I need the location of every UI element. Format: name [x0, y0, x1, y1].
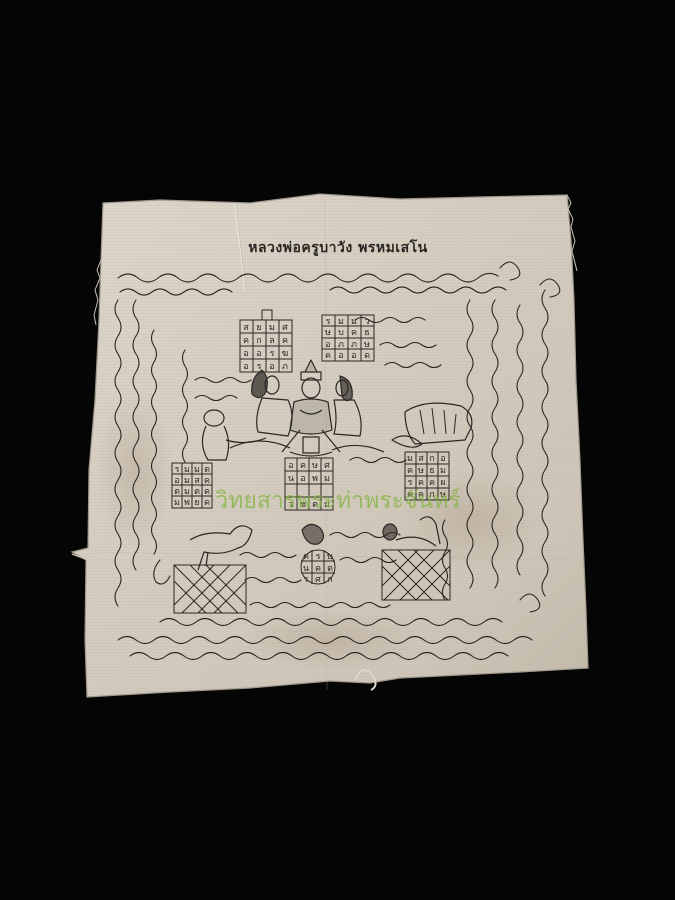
svg-text:ม: ม [184, 487, 190, 497]
svg-text:อ: อ [243, 349, 248, 359]
svg-text:บ: บ [338, 328, 344, 338]
svg-text:ม: ม [269, 323, 275, 333]
svg-text:ม: ม [184, 465, 190, 475]
svg-text:ศ: ศ [324, 461, 330, 471]
svg-text:ร: ร [270, 349, 275, 359]
svg-text:ภ: ภ [351, 340, 357, 350]
svg-text:พ: พ [184, 498, 190, 508]
svg-text:ร: ร [326, 317, 331, 327]
svg-text:อ: อ [243, 362, 248, 372]
svg-text:อ: อ [300, 474, 305, 484]
svg-text:ค: ค [351, 328, 357, 338]
svg-text:ม: ม [324, 474, 330, 484]
svg-text:ธ: ธ [429, 466, 435, 476]
svg-text:น: น [303, 564, 309, 574]
svg-text:ศ: ศ [282, 323, 288, 333]
svg-text:อ: อ [338, 351, 343, 361]
svg-text:ร: ร [316, 552, 321, 562]
cloth [72, 194, 588, 697]
svg-text:ค: ค [204, 498, 210, 508]
svg-text:ษ: ษ [418, 466, 424, 476]
svg-text:ว: ว [364, 317, 369, 327]
svg-text:ฆ: ฆ [282, 349, 289, 359]
svg-text:ส: ส [194, 476, 200, 486]
svg-text:ม: ม [351, 317, 357, 327]
svg-text:ร: ร [175, 465, 180, 475]
svg-text:ษ: ษ [312, 461, 318, 471]
svg-text:อ: อ [325, 340, 330, 350]
svg-text:ค: ค [303, 552, 309, 562]
svg-text:ส: ส [418, 454, 424, 464]
svg-text:ษ: ษ [327, 552, 333, 562]
svg-text:ต: ต [327, 564, 333, 574]
svg-text:ผ: ผ [440, 478, 445, 488]
svg-text:ม: ม [338, 317, 344, 327]
svg-text:พ: พ [312, 474, 318, 484]
svg-text:ม: ม [184, 476, 190, 486]
svg-text:ค: ค [243, 336, 249, 346]
svg-text:ษ: ษ [364, 340, 370, 350]
svg-text:อ: อ [174, 476, 179, 486]
svg-text:ก: ก [256, 336, 261, 346]
svg-text:ร: ร [304, 575, 309, 585]
svg-text:ม: ม [407, 454, 413, 464]
svg-text:ร: ร [408, 478, 413, 488]
svg-text:ค: ค [325, 351, 331, 361]
svg-text:ต: ต [174, 487, 180, 497]
svg-text:ภ: ภ [282, 362, 288, 372]
svg-text:ภ: ภ [338, 340, 344, 350]
svg-text:ค: ค [315, 564, 321, 574]
svg-text:อ: อ [256, 349, 261, 359]
svg-text:ค: ค [300, 461, 306, 471]
svg-text:ธ: ธ [364, 328, 370, 338]
svg-text:ม: ม [194, 465, 200, 475]
svg-text:ล: ล [269, 336, 275, 346]
svg-text:ศ: ศ [315, 575, 321, 585]
svg-text:ส: ส [243, 323, 249, 333]
svg-text:อ: อ [351, 351, 356, 361]
svg-text:ค: ค [407, 466, 413, 476]
svg-text:ต: ต [204, 465, 210, 475]
svg-text:ษ: ษ [325, 328, 331, 338]
svg-text:อ: อ [269, 362, 274, 372]
svg-text:ค: ค [204, 476, 210, 486]
svg-text:ค: ค [429, 478, 435, 488]
svg-text:ต: ต [194, 487, 200, 497]
svg-text:อ: อ [288, 461, 293, 471]
photo-stage: หลวงพ่อครูบาวัง พรหมเสโน [0, 0, 675, 900]
svg-text:ค: ค [204, 487, 210, 497]
svg-text:น: น [288, 474, 294, 484]
svg-text:อ: อ [440, 454, 445, 464]
svg-text:ย: ย [194, 498, 199, 508]
svg-text:ก: ก [429, 454, 434, 464]
svg-text:ด: ด [364, 351, 370, 361]
svg-text:ม: ม [174, 498, 180, 508]
svg-text:ค: ค [282, 336, 288, 346]
svg-text:ม: ม [440, 466, 446, 476]
svg-text:ก: ก [327, 575, 332, 585]
watermark: วิทยสารพระท่าพระจันทร์ [215, 487, 460, 514]
svg-text:ย: ย [256, 323, 261, 333]
svg-text:ค: ค [418, 478, 424, 488]
cloth-title: หลวงพ่อครูบาวัง พรหมเสโน [248, 238, 427, 256]
